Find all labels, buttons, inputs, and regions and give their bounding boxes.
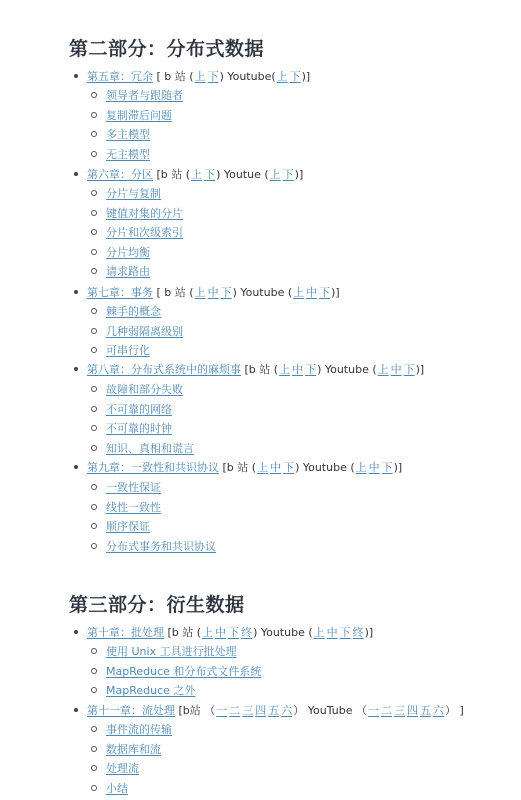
youtube-video-link[interactable]: 二 bbox=[381, 704, 392, 717]
section-item: 分片均衡 bbox=[91, 246, 150, 260]
section-link[interactable]: 领导者与跟随者 bbox=[106, 89, 183, 102]
youtube-video-link[interactable]: 终 bbox=[353, 626, 364, 639]
section-link[interactable]: 不可靠的时钟 bbox=[106, 422, 172, 435]
circle-bullet-icon bbox=[91, 445, 97, 451]
section-item: 小结 bbox=[91, 782, 128, 796]
section-item: 数据库和流 bbox=[91, 743, 161, 757]
bilibili-video-link[interactable]: 下 bbox=[305, 363, 316, 376]
section-link[interactable]: 事件流的传输 bbox=[106, 723, 172, 736]
section-link[interactable]: 一致性保证 bbox=[106, 481, 161, 494]
section-item: 不可靠的网络 bbox=[91, 403, 172, 417]
bilibili-label: [ b 站 ( bbox=[153, 286, 194, 299]
chapter-link[interactable]: 第八章：分布式系统中的麻烦事 bbox=[87, 363, 241, 376]
circle-bullet-icon bbox=[91, 268, 97, 274]
chapter-item: 第八章：分布式系统中的麻烦事 [b 站 (上中下) Youtube (上中下)] bbox=[74, 363, 424, 377]
youtube-label: ) Youtube ( bbox=[295, 461, 355, 474]
section-item: 多主模型 bbox=[91, 128, 150, 142]
section-link[interactable]: 顺序保证 bbox=[106, 520, 150, 533]
circle-bullet-icon bbox=[91, 406, 97, 412]
chapter-item: 第九章：一致性和共识协议 [b 站 (上中下) Youtube (上中下)] bbox=[74, 461, 402, 475]
section-link[interactable]: 知识、真相和谎言 bbox=[106, 442, 194, 455]
section-item: 分布式事务和共识协议 bbox=[91, 540, 216, 554]
circle-bullet-icon bbox=[91, 765, 97, 771]
chapter-item: 第七章：事务 [ b 站 (上中下) Youtube (上中下)] bbox=[74, 286, 340, 300]
chapter-link[interactable]: 第十章：批处理 bbox=[87, 626, 164, 639]
bilibili-video-link[interactable]: 上 bbox=[279, 363, 290, 376]
chapter-item: 第五章：冗余 [ b 站 (上下) Youtube(上下)] bbox=[74, 70, 310, 84]
section-item: 故障和部分失败 bbox=[91, 383, 183, 397]
youtube-label: ) Youtue ( bbox=[216, 168, 269, 181]
bilibili-video-link[interactable]: 终 bbox=[241, 626, 252, 639]
bilibili-video-link[interactable]: 中 bbox=[270, 461, 281, 474]
section-link[interactable]: 多主模型 bbox=[106, 128, 150, 141]
section-title: 第三部分：衍生数据 bbox=[69, 590, 245, 617]
circle-bullet-icon bbox=[91, 210, 97, 216]
section-item: 可串行化 bbox=[91, 344, 150, 358]
section-item: 使用 Unix 工具进行批处理 bbox=[91, 645, 237, 659]
bilibili-video-link[interactable]: 下 bbox=[228, 626, 239, 639]
youtube-video-link[interactable]: 下 bbox=[340, 626, 351, 639]
bullet-icon bbox=[74, 367, 78, 371]
section-link[interactable]: 处理流 bbox=[106, 762, 139, 775]
youtube-video-link[interactable]: 下 bbox=[290, 70, 301, 83]
section-link[interactable]: 可串行化 bbox=[106, 344, 150, 357]
youtube-video-link[interactable]: 下 bbox=[404, 363, 415, 376]
chapter-link[interactable]: 第十一章：流处理 bbox=[87, 704, 175, 717]
circle-bullet-icon bbox=[91, 543, 97, 549]
circle-bullet-icon bbox=[91, 328, 97, 334]
circle-bullet-icon bbox=[91, 151, 97, 157]
circle-bullet-icon bbox=[91, 347, 97, 353]
youtube-video-link[interactable]: 上 bbox=[277, 70, 288, 83]
bilibili-label: [b站 （ bbox=[175, 704, 215, 717]
bilibili-video-link[interactable]: 下 bbox=[204, 168, 215, 181]
bilibili-video-link[interactable]: 中 bbox=[215, 626, 226, 639]
bilibili-video-link[interactable]: 中 bbox=[292, 363, 303, 376]
section-item: 棘手的概念 bbox=[91, 305, 161, 319]
section-item: 几种弱隔离级别 bbox=[91, 325, 183, 339]
circle-bullet-icon bbox=[91, 648, 97, 654]
chapter-link[interactable]: 第六章：分区 bbox=[87, 168, 153, 181]
bilibili-label: [b 站 ( bbox=[241, 363, 278, 376]
chapter-link[interactable]: 第九章：一致性和共识协议 bbox=[87, 461, 219, 474]
chapter-link[interactable]: 第五章：冗余 bbox=[87, 70, 153, 83]
section-item: 线性一致性 bbox=[91, 501, 161, 515]
circle-bullet-icon bbox=[91, 386, 97, 392]
section-item: 一致性保证 bbox=[91, 481, 161, 495]
section-item: 知识、真相和谎言 bbox=[91, 442, 194, 456]
bilibili-video-link[interactable]: 三 bbox=[242, 704, 253, 717]
circle-bullet-icon bbox=[91, 308, 97, 314]
section-item: 处理流 bbox=[91, 762, 139, 776]
youtube-label: ) Youtube ( bbox=[317, 363, 377, 376]
youtube-video-link[interactable]: 上 bbox=[270, 168, 281, 181]
bullet-icon bbox=[74, 708, 78, 712]
section-link[interactable]: MapReduce 和分布式文件系统 bbox=[106, 665, 261, 678]
youtube-video-link[interactable]: 四 bbox=[407, 704, 418, 717]
section-link[interactable]: 键值对集的分片 bbox=[106, 207, 183, 220]
section-item: 复制滞后问题 bbox=[91, 109, 172, 123]
bullet-icon bbox=[74, 630, 78, 634]
circle-bullet-icon bbox=[91, 249, 97, 255]
circle-bullet-icon bbox=[91, 484, 97, 490]
bilibili-video-link[interactable]: 上 bbox=[195, 70, 206, 83]
section-item: 分片与复制 bbox=[91, 187, 161, 201]
section-link[interactable]: 分布式事务和共识协议 bbox=[106, 540, 216, 553]
youtube-label: ) Youtube( bbox=[220, 70, 276, 83]
section-link[interactable]: 使用 Unix 工具进行批处理 bbox=[106, 645, 237, 658]
section-link[interactable]: 线性一致性 bbox=[106, 501, 161, 514]
section-item: 事件流的传输 bbox=[91, 723, 172, 737]
circle-bullet-icon bbox=[91, 92, 97, 98]
bilibili-video-link[interactable]: 上 bbox=[257, 461, 268, 474]
youtube-video-link[interactable]: 三 bbox=[394, 704, 405, 717]
circle-bullet-icon bbox=[91, 504, 97, 510]
youtube-video-link[interactable]: 上 bbox=[314, 626, 325, 639]
youtube-video-link[interactable]: 上 bbox=[378, 363, 389, 376]
bilibili-label: [b 站 ( bbox=[153, 168, 190, 181]
youtube-video-link[interactable]: 一 bbox=[368, 704, 379, 717]
bilibili-video-link[interactable]: 上 bbox=[202, 626, 213, 639]
youtube-video-link[interactable]: 中 bbox=[306, 286, 317, 299]
bilibili-label: [b 站 ( bbox=[164, 626, 201, 639]
chapter-item: 第六章：分区 [b 站 (上下) Youtue (上下)] bbox=[74, 168, 303, 182]
circle-bullet-icon bbox=[91, 190, 97, 196]
section-title: 第二部分：分布式数据 bbox=[69, 34, 264, 61]
section-item: 领导者与跟随者 bbox=[91, 89, 183, 103]
section-link[interactable]: MapReduce 之外 bbox=[106, 684, 195, 697]
closing-bracket: )] bbox=[295, 168, 304, 181]
youtube-label: ) Youtube ( bbox=[233, 286, 293, 299]
circle-bullet-icon bbox=[91, 746, 97, 752]
section-item: 键值对集的分片 bbox=[91, 207, 183, 221]
bullet-icon bbox=[74, 465, 78, 469]
circle-bullet-icon bbox=[91, 726, 97, 732]
chapter-item: 第十章：批处理 [b 站 (上中下终) Youtube (上中下终)] bbox=[74, 626, 373, 640]
youtube-video-link[interactable]: 下 bbox=[382, 461, 393, 474]
bilibili-video-link[interactable]: 下 bbox=[208, 70, 219, 83]
bilibili-video-link[interactable]: 下 bbox=[283, 461, 294, 474]
bilibili-video-link[interactable]: 五 bbox=[268, 704, 279, 717]
circle-bullet-icon bbox=[91, 785, 97, 791]
section-item: 无主模型 bbox=[91, 148, 150, 162]
section-item: 请求路由 bbox=[91, 265, 150, 279]
section-link[interactable]: 分片与复制 bbox=[106, 187, 161, 200]
bullet-icon bbox=[74, 290, 78, 294]
bilibili-video-link[interactable]: 下 bbox=[221, 286, 232, 299]
bilibili-video-link[interactable]: 六 bbox=[281, 704, 292, 717]
section-link[interactable]: 几种弱隔离级别 bbox=[106, 325, 183, 338]
youtube-video-link[interactable]: 上 bbox=[356, 461, 367, 474]
youtube-video-link[interactable]: 下 bbox=[319, 286, 330, 299]
closing-bracket: )] bbox=[365, 626, 374, 639]
section-link[interactable]: 分片和次级索引 bbox=[106, 226, 183, 239]
section-item: MapReduce 之外 bbox=[91, 684, 195, 698]
bilibili-video-link[interactable]: 中 bbox=[208, 286, 219, 299]
section-item: 不可靠的时钟 bbox=[91, 422, 172, 436]
section-link[interactable]: 分片均衡 bbox=[106, 246, 150, 259]
closing-bracket: )] bbox=[394, 461, 403, 474]
youtube-video-link[interactable]: 六 bbox=[433, 704, 444, 717]
bilibili-label: [ b 站 ( bbox=[153, 70, 194, 83]
section-link[interactable]: 请求路由 bbox=[106, 265, 150, 278]
section-link[interactable]: 不可靠的网络 bbox=[106, 403, 172, 416]
bilibili-video-link[interactable]: 二 bbox=[229, 704, 240, 717]
circle-bullet-icon bbox=[91, 131, 97, 137]
bilibili-video-link[interactable]: 一 bbox=[216, 704, 227, 717]
section-link[interactable]: 数据库和流 bbox=[106, 743, 161, 756]
circle-bullet-icon bbox=[91, 668, 97, 674]
section-item: 分片和次级索引 bbox=[91, 226, 183, 240]
circle-bullet-icon bbox=[91, 687, 97, 693]
closing-bracket: ） ] bbox=[445, 704, 464, 717]
section-link[interactable]: 无主模型 bbox=[106, 148, 150, 161]
section-link[interactable]: 棘手的概念 bbox=[106, 305, 161, 318]
bullet-icon bbox=[74, 172, 78, 176]
chapter-item: 第十一章：流处理 [b站 （一二三四五六） YouTube （一二三四五六） ] bbox=[74, 704, 464, 718]
section-link[interactable]: 故障和部分失败 bbox=[106, 383, 183, 396]
bilibili-video-link[interactable]: 上 bbox=[191, 168, 202, 181]
chapter-link[interactable]: 第七章：事务 bbox=[87, 286, 153, 299]
circle-bullet-icon bbox=[91, 229, 97, 235]
bilibili-label: [b 站 ( bbox=[219, 461, 256, 474]
closing-bracket: )] bbox=[302, 70, 311, 83]
youtube-label: ） YouTube （ bbox=[293, 704, 367, 717]
section-link[interactable]: 小结 bbox=[106, 782, 128, 795]
youtube-video-link[interactable]: 中 bbox=[327, 626, 338, 639]
bilibili-video-link[interactable]: 四 bbox=[255, 704, 266, 717]
youtube-video-link[interactable]: 中 bbox=[369, 461, 380, 474]
circle-bullet-icon bbox=[91, 112, 97, 118]
circle-bullet-icon bbox=[91, 425, 97, 431]
youtube-label: ) Youtube ( bbox=[253, 626, 313, 639]
closing-bracket: )] bbox=[331, 286, 340, 299]
bullet-icon bbox=[74, 74, 78, 78]
section-link[interactable]: 复制滞后问题 bbox=[106, 109, 172, 122]
section-item: 顺序保证 bbox=[91, 520, 150, 534]
circle-bullet-icon bbox=[91, 523, 97, 529]
youtube-video-link[interactable]: 中 bbox=[391, 363, 402, 376]
youtube-video-link[interactable]: 下 bbox=[283, 168, 294, 181]
bilibili-video-link[interactable]: 上 bbox=[195, 286, 206, 299]
youtube-video-link[interactable]: 上 bbox=[293, 286, 304, 299]
closing-bracket: )] bbox=[416, 363, 425, 376]
youtube-video-link[interactable]: 五 bbox=[420, 704, 431, 717]
section-item: MapReduce 和分布式文件系统 bbox=[91, 665, 261, 679]
